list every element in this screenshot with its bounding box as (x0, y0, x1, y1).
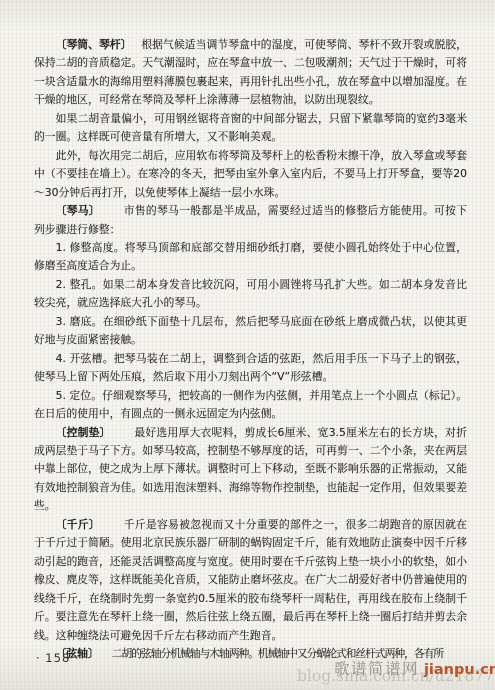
watermark-site-name: 歌谱简谱网 (334, 660, 419, 678)
paragraph-text: 2. 整孔。如果二胡本身发音比较沉闷，可用小圆锉将马孔扩大些。如二胡本身发音比较… (34, 278, 467, 309)
watermark-site-url: jianpu.cn (424, 662, 495, 678)
page-number: · 158 · (36, 651, 80, 665)
paragraph-text: 千斤是容易被忽视而又十分重要的部件之一，很多二胡跑音的原因就在于千斤过于简陋。使… (34, 518, 467, 642)
section-heading: 〔琴筒、琴杆〕 (56, 38, 132, 51)
numbered-item: 4. 开弦槽。把琴马装在二胡上，调整到合适的弦距，然后用手压一下马子上的钢弦，使… (34, 350, 467, 387)
paragraph-text: 3. 磨底。在细砂纸下面垫十几层布，然后把琴马底面在砂纸上磨成微凸状，以使其更好… (34, 315, 467, 346)
numbered-item: 2. 整孔。如果二胡本身发音比较沉闷，可用小圆锉将马孔扩大些。如二胡本身发音比较… (34, 276, 467, 313)
paragraph: 此外，每次用完二胡后，应用软布将琴筒及琴杆上的松香粉末擦干净，放入琴盒或琴套中（… (34, 147, 467, 202)
section-heading: 〔千斤〕 (56, 518, 100, 531)
watermark: 歌谱简谱网 jianpu.cn (334, 657, 495, 679)
numbered-item: 5. 定位。仔细观察琴马，把较高的一侧作为内弦侧，并用笔点上一个小圆点（标记）。… (34, 387, 467, 424)
paragraph-text: 5. 定位。仔细观察琴马，把较高的一侧作为内弦侧，并用笔点上一个小圆点（标记）。… (34, 389, 467, 420)
paragraph-text: 此外，每次用完二胡后，应用软布将琴筒及琴杆上的松香粉末擦干净，放入琴盒或琴套中（… (34, 149, 467, 199)
paragraph: 〔琴筒、琴杆〕根据气候适当调节琴盒中的湿度，可使琴筒、琴杆不致开裂或脱胶，保持二… (34, 36, 467, 110)
page-text: 〔琴筒、琴杆〕根据气候适当调节琴盒中的湿度，可使琴筒、琴杆不致开裂或脱胶，保持二… (34, 36, 467, 663)
paragraph: 〔控制垫〕最好选用厚大衣呢料，剪成长6厘米、宽3.5厘米左右的长方块，对折成两层… (34, 424, 467, 516)
numbered-item: 3. 磨底。在细砂纸下面垫十几层布，然后把琴马底面在砂纸上磨成微凸状，以使其更好… (34, 313, 467, 350)
paragraph-text: 4. 开弦槽。把琴马装在二胡上，调整到合适的弦距，然后用手压一下马子上的钢弦，使… (34, 352, 467, 383)
paragraph: 〔琴马〕市售的琴马一般都是半成品，需要经过适当的修整后方能使用。可按下列步骤进行… (34, 202, 467, 239)
paragraph: 〔千斤〕千斤是容易被忽视而又十分重要的部件之一，很多二胡跑音的原因就在于千斤过于… (34, 516, 467, 645)
section-heading: 〔控制垫〕 (56, 426, 111, 439)
paragraph-text: 1. 修整高度。将琴马顶部和底部交替用细砂纸打磨，要使小圆孔始终处于中心位置，修… (34, 241, 467, 272)
numbered-item: 1. 修整高度。将琴马顶部和底部交替用细砂纸打磨，要使小圆孔始终处于中心位置，修… (34, 239, 467, 276)
paragraph: 如果二胡音量偏小，可用钢丝锯将音窗的中间部分锯去，只留下紧靠琴筒的宽约3毫米的一… (34, 110, 467, 147)
section-heading: 〔琴马〕 (56, 204, 100, 217)
paragraph-text: 如果二胡音量偏小，可用钢丝锯将音窗的中间部分锯去，只留下紧靠琴筒的宽约3毫米的一… (34, 112, 467, 143)
